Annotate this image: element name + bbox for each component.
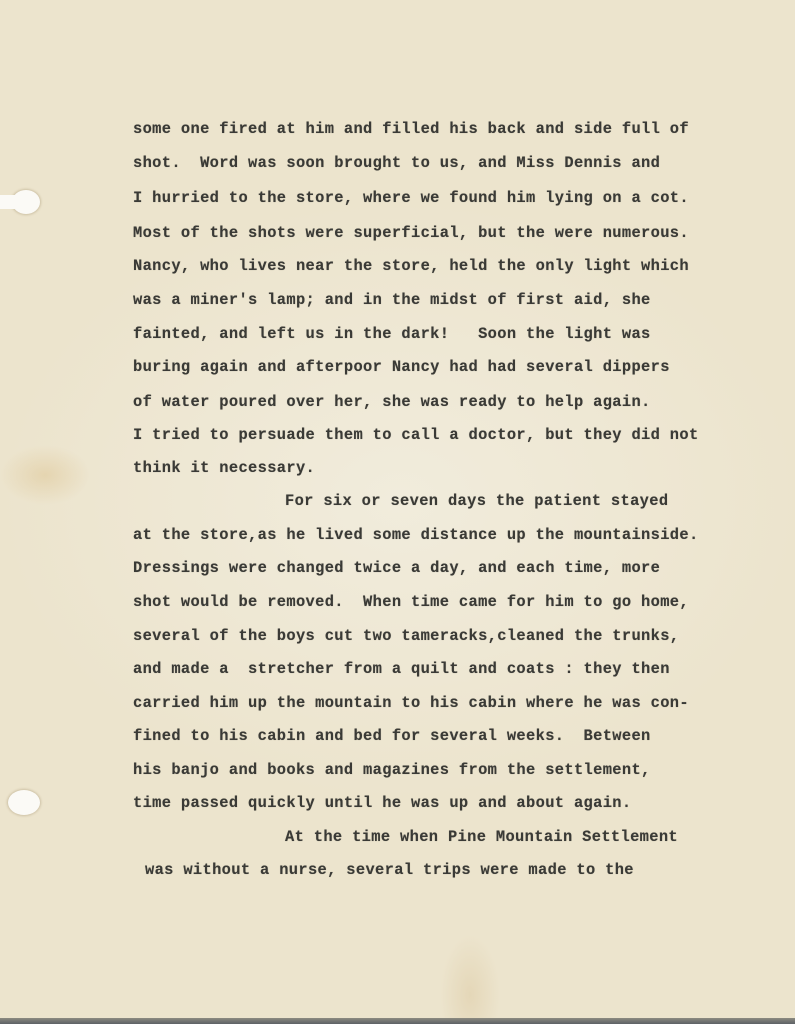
text-line: carried him up the mountain to his cabin… (133, 693, 689, 713)
punch-hole-bottom (8, 790, 40, 815)
text-line: think it necessary. (133, 458, 315, 478)
text-line: and made a stretcher from a quilt and co… (133, 659, 670, 679)
scanner-bottom-edge (0, 1018, 795, 1024)
text-line: shot. Word was soon brought to us, and M… (133, 153, 660, 173)
text-line: several of the boys cut two tameracks,cl… (133, 626, 679, 646)
text-line: shot would be removed. When time came fo… (133, 592, 689, 612)
text-line: his banjo and books and magazines from t… (133, 760, 651, 780)
punch-hole-top-notch (0, 195, 20, 209)
text-line: of water poured over her, she was ready … (133, 392, 651, 412)
text-line: Most of the shots were superficial, but … (133, 223, 689, 243)
text-line: some one fired at him and filled his bac… (133, 119, 689, 139)
text-line: fainted, and left us in the dark! Soon t… (133, 324, 651, 344)
text-line: at the store,as he lived some distance u… (133, 525, 699, 545)
text-line: I hurried to the store, where we found h… (133, 188, 689, 208)
text-line-indented: At the time when Pine Mountain Settlemen… (285, 827, 678, 847)
text-line: buring again and afterpoor Nancy had had… (133, 357, 670, 377)
text-line: fined to his cabin and bed for several w… (133, 726, 651, 746)
typewritten-page: some one fired at him and filled his bac… (0, 0, 795, 1018)
text-line: Dressings were changed twice a day, and … (133, 558, 660, 578)
text-line: was without a nurse, several trips were … (145, 860, 634, 880)
text-line: time passed quickly until he was up and … (133, 793, 631, 813)
text-line: Nancy, who lives near the store, held th… (133, 256, 689, 276)
text-line: I tried to persuade them to call a docto… (133, 425, 699, 445)
text-line-indented: For six or seven days the patient stayed (285, 491, 668, 511)
text-line: was a miner's lamp; and in the midst of … (133, 290, 651, 310)
